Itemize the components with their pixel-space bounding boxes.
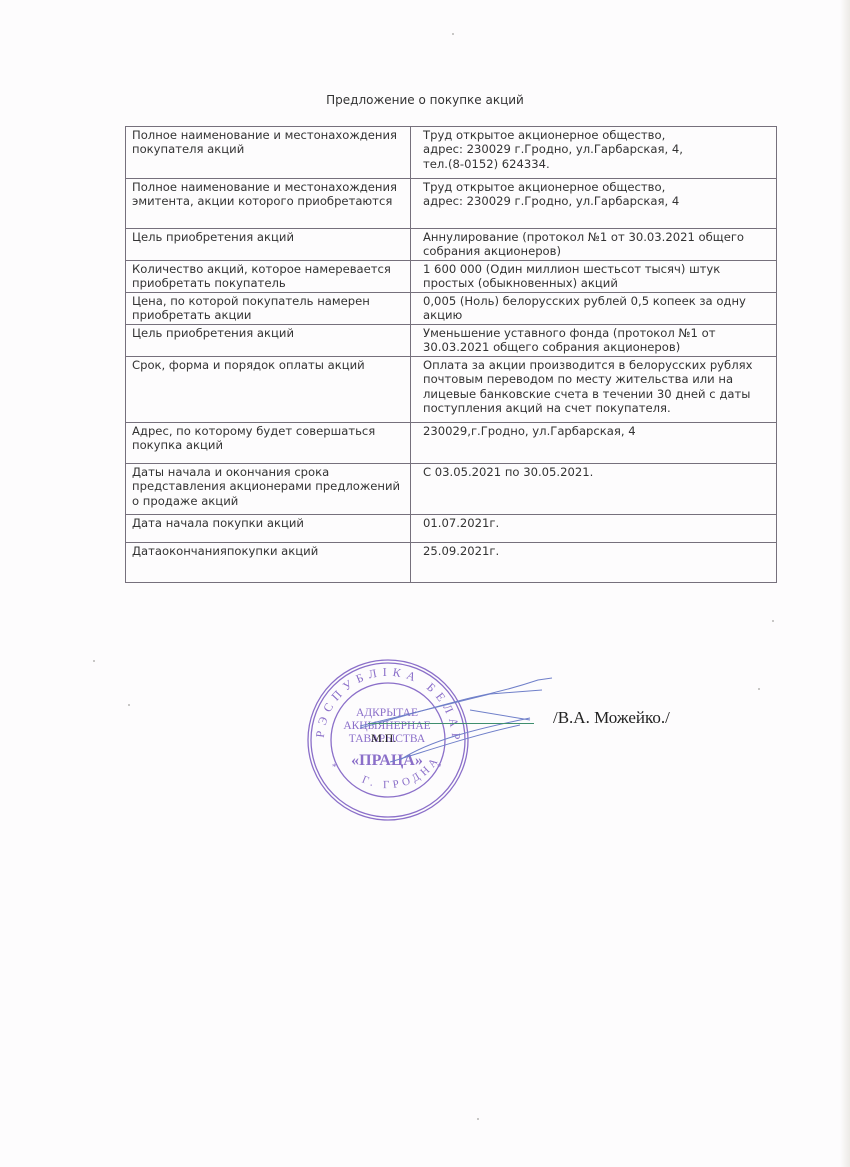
row-value: Аннулирование (протокол №1 от 30.03.2021…: [411, 229, 777, 261]
row-label: Срок, форма и порядок оплаты акций: [126, 357, 411, 423]
row-value: С 03.05.2021 по 30.05.2021.: [411, 464, 777, 515]
value-line: Оплата за акции производится в белорусск…: [423, 358, 770, 416]
table-row: Срок, форма и порядок оплаты акцийОплата…: [126, 357, 777, 423]
table-row: Адрес, по которому будет совершаться пок…: [126, 423, 777, 464]
row-label: Количество акций, которое намеревается п…: [126, 261, 411, 293]
row-value: 1 600 000 (Один миллион шестьсот тысяч) …: [411, 261, 777, 293]
signature-line: [368, 723, 534, 724]
row-value: 0,005 (Ноль) белорусских рублей 0,5 копе…: [411, 293, 777, 325]
page-edge: [840, 0, 850, 1167]
table-row: Полное наименование и местонахождения по…: [126, 127, 777, 179]
value-line: 1 600 000 (Один миллион шестьсот тысяч) …: [423, 262, 770, 291]
table-row: Количество акций, которое намеревается п…: [126, 261, 777, 293]
row-value: 01.07.2021г.: [411, 515, 777, 543]
value-line: Труд открытое акционерное общество,: [423, 128, 770, 142]
svg-text:*: *: [332, 762, 337, 772]
document-title: Предложение о покупке акций: [0, 93, 850, 107]
row-value: Уменьшение уставного фонда (протокол №1 …: [411, 325, 777, 357]
row-value: 25.09.2021г.: [411, 543, 777, 583]
value-line: Труд открытое акционерное общество,: [423, 180, 770, 194]
scan-speck: [772, 620, 774, 622]
row-label: Датаокончанияпокупки акций: [126, 543, 411, 583]
row-label: Цена, по которой покупатель намерен прио…: [126, 293, 411, 325]
scan-speck: [477, 1118, 479, 1120]
value-line: Аннулирование (протокол №1 от 30.03.2021…: [423, 230, 770, 259]
value-line: адрес: 230029 г.Гродно, ул.Гарбарская, 4…: [423, 142, 770, 156]
table-row: Дата начала покупки акций01.07.2021г.: [126, 515, 777, 543]
handwritten-signature: [360, 670, 580, 770]
table-row: Полное наименование и местонахождения эм…: [126, 179, 777, 229]
value-line: 0,005 (Ноль) белорусских рублей 0,5 копе…: [423, 294, 770, 323]
row-value: 230029,г.Гродно, ул.Гарбарская, 4: [411, 423, 777, 464]
value-line: Уменьшение уставного фонда (протокол №1 …: [423, 326, 770, 355]
row-value: Труд открытое акционерное общество,адрес…: [411, 179, 777, 229]
row-label: Полное наименование и местонахождения по…: [126, 127, 411, 179]
value-line: тел.(8-0152) 624334.: [423, 157, 770, 171]
scan-speck: [93, 660, 95, 662]
row-value: Труд открытое акционерное общество,адрес…: [411, 127, 777, 179]
row-label: Адрес, по которому будет совершаться пок…: [126, 423, 411, 464]
row-label: Цель приобретения акций: [126, 325, 411, 357]
value-line: С 03.05.2021 по 30.05.2021.: [423, 465, 770, 479]
scan-speck: [758, 688, 760, 690]
table-row: Датаокончанияпокупки акций25.09.2021г.: [126, 543, 777, 583]
offer-table: Полное наименование и местонахождения по…: [125, 126, 777, 583]
table-row: Цена, по которой покупатель намерен прио…: [126, 293, 777, 325]
row-label: Даты начала и окончания срока представле…: [126, 464, 411, 515]
value-line: адрес: 230029 г.Гродно, ул.Гарбарская, 4: [423, 194, 770, 208]
scan-speck: [452, 33, 454, 35]
table-row: Цель приобретения акцийАннулирование (пр…: [126, 229, 777, 261]
row-label: Полное наименование и местонахождения эм…: [126, 179, 411, 229]
value-line: 25.09.2021г.: [423, 544, 770, 558]
row-label: Дата начала покупки акций: [126, 515, 411, 543]
table-row: Цель приобретения акцийУменьшение уставн…: [126, 325, 777, 357]
row-value: Оплата за акции производится в белорусск…: [411, 357, 777, 423]
value-line: 230029,г.Гродно, ул.Гарбарская, 4: [423, 424, 770, 438]
scan-speck: [128, 704, 130, 706]
table-row: Даты начала и окончания срока представле…: [126, 464, 777, 515]
row-label: Цель приобретения акций: [126, 229, 411, 261]
mp-label: М.П.: [371, 731, 396, 746]
signatory-name: /В.А. Можейко./: [553, 708, 670, 728]
value-line: 01.07.2021г.: [423, 516, 770, 530]
